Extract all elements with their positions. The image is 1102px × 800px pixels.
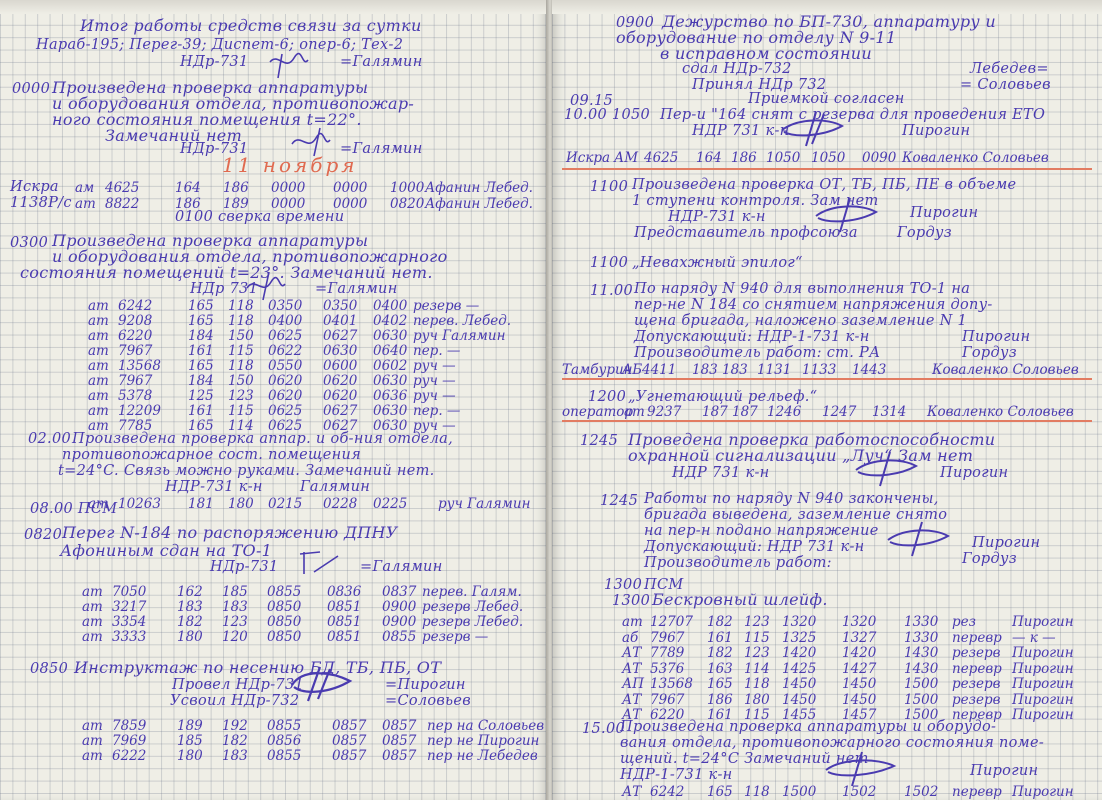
cell-note: перевр <box>952 630 1002 646</box>
entry-time: 0820 <box>24 528 62 543</box>
cell-note: руч Галямин <box>413 328 505 344</box>
entry-signature-line: НДР 731 к-н <box>692 124 790 139</box>
cell-note: резерв <box>952 676 1000 692</box>
cell-t2: 0851 <box>327 629 361 645</box>
cell-t2: 1420 <box>842 645 876 661</box>
cell-b: 118 <box>228 358 254 374</box>
cell-t3: 1330 <box>904 614 938 630</box>
cell-b: 123 <box>222 614 248 630</box>
cell-type: АТ <box>622 784 641 800</box>
cell-a: 125 <box>188 388 214 404</box>
entry-signature-line: НДР-1-731 к-н <box>620 768 733 783</box>
cell-type: ат <box>75 196 96 212</box>
cell-t1: 0350 <box>268 298 302 314</box>
entry-time: 15.00 <box>582 722 625 737</box>
cell-who: Пирогин <box>1012 784 1074 800</box>
cell-t1: 0850 <box>267 599 301 615</box>
cell-t1: 0856 <box>267 733 301 749</box>
cell-a: 185 <box>177 733 203 749</box>
cell-num: 12707 <box>650 614 693 630</box>
cell-t1: 1325 <box>782 630 816 646</box>
cell-type: ам <box>75 180 94 196</box>
cell-a: 164 <box>696 150 722 166</box>
cell-a: 165 <box>188 313 214 329</box>
cell-t1: 1050 <box>766 150 800 166</box>
entry-signer: Пирогин <box>902 124 970 139</box>
performer-label: Производитель работ: <box>644 556 832 571</box>
cell-b: 118 <box>228 313 254 329</box>
cell-t3: 1330 <box>904 630 938 646</box>
cell-num: 5376 <box>650 661 684 677</box>
cell-num: 7967 <box>118 343 152 359</box>
entry-time: 1100 <box>590 180 628 195</box>
cell-type: АТ <box>622 692 641 708</box>
divider <box>562 168 1092 170</box>
cell-t3: 0630 <box>373 403 407 419</box>
accepted-signer: =Соловьев <box>385 694 471 709</box>
cell-note: Коваленко Соловьев <box>902 150 1049 166</box>
cell-a: 181 <box>188 496 214 512</box>
cell-who: Пирогин <box>1012 707 1074 723</box>
cell-num: 7050 <box>112 584 146 600</box>
cell-note: пер не Лебедев <box>427 748 538 764</box>
cell-t1: 0550 <box>268 358 302 374</box>
signature-icon <box>852 450 932 494</box>
cell-b: 182 <box>222 733 248 749</box>
entry-time: 02.00 <box>28 432 71 447</box>
cell-t2: 0350 <box>323 298 357 314</box>
cell-t1: 1320 <box>782 614 816 630</box>
block-label: Искра <box>10 180 59 195</box>
cell-num: 6242 <box>118 298 152 314</box>
entry-line: „Угнетающий рельеф.“ <box>628 390 817 405</box>
cell-t3: 0402 <box>373 313 407 329</box>
cell-type: ат <box>88 298 109 314</box>
cell-type: ат <box>82 629 103 645</box>
entry-line: t=24°C. Связь можно руками. Замечаний не… <box>58 464 435 479</box>
cell-a: 161 <box>707 630 733 646</box>
cell-t1: 0850 <box>267 614 301 630</box>
cell-t2: 0600 <box>323 358 357 374</box>
cell-num: 6220 <box>118 328 152 344</box>
cell-b: 118 <box>744 676 770 692</box>
cell-b: 115 <box>744 630 770 646</box>
cell-t3: 0900 <box>382 599 416 615</box>
entry-time: 1300 <box>612 594 650 609</box>
cell-a: 182 <box>177 614 203 630</box>
cell-t3: 1502 <box>904 784 938 800</box>
cell-who: Пирогин <box>1012 692 1074 708</box>
cell-t2: 1133 <box>802 362 836 378</box>
cell-t1: 0855 <box>267 584 301 600</box>
cell-who: Пирогин <box>1012 676 1074 692</box>
cell-t3: 0636 <box>373 388 407 404</box>
divider <box>562 420 1092 422</box>
cell-t1: 0625 <box>268 403 302 419</box>
cell-note: перев. Лебед. <box>413 313 511 329</box>
cell-t3: 0857 <box>382 733 416 749</box>
cell-type: АП <box>622 676 644 692</box>
cell-t3: 0855 <box>382 629 416 645</box>
cell-num: 6242 <box>650 784 684 800</box>
cell-t1: 0855 <box>267 718 301 734</box>
cell-a: 180 <box>177 748 203 764</box>
cell-note: Афанин Лебед. <box>425 196 533 212</box>
cell-type: ат <box>88 358 109 374</box>
cell-t1: 1246 <box>767 404 801 420</box>
cell-b: 180 <box>228 496 254 512</box>
cell-b: 115 <box>228 403 254 419</box>
entry-time: 10.00 1050 <box>564 108 650 123</box>
cell-num: 6222 <box>112 748 146 764</box>
entry-time: 0850 <box>30 662 68 677</box>
entry-line: Произведена проверка аппар. и об-ния отд… <box>72 432 453 447</box>
cell-type: АТ <box>622 661 641 677</box>
cell-a: 162 <box>177 584 203 600</box>
cell-b: 118 <box>228 298 254 314</box>
cell-t3: 0602 <box>373 358 407 374</box>
cell-label: оператор <box>562 404 633 420</box>
cell-t2: 0000 <box>333 180 367 196</box>
cell-num: 7967 <box>118 373 152 389</box>
cell-who: Пирогин <box>1012 614 1074 630</box>
cell-a: 184 <box>188 373 214 389</box>
cell-t2: 1502 <box>842 784 876 800</box>
cell-t3: 0857 <box>382 748 416 764</box>
cell-type: ат <box>82 599 103 615</box>
cell-b: 114 <box>744 661 770 677</box>
page-top-edge <box>0 0 548 14</box>
cell-b: 183 <box>722 362 748 378</box>
cell-type: ат <box>82 748 103 764</box>
entry-time: 1200 <box>588 390 626 405</box>
cell-t1: 1450 <box>782 676 816 692</box>
cell-num: 4625 <box>644 150 678 166</box>
cell-a: 184 <box>188 328 214 344</box>
cell-t1: 0855 <box>267 748 301 764</box>
cell-b: 150 <box>228 373 254 389</box>
cell-type: аб <box>622 630 638 646</box>
logbook-right-page: 0900 Дежурство по БП-730, аппаратуру и о… <box>552 0 1102 800</box>
summary-signature-line: НДр-731 <box>180 55 248 70</box>
cell-t2: 0627 <box>323 403 357 419</box>
admitting-label: Допускающий: НДР-1-731 к-н <box>634 330 870 345</box>
entry-line: пер-не N 184 со снятием напряжения допу- <box>634 298 993 313</box>
cell-t3: 1430 <box>904 645 938 661</box>
cell-t3: 1500 <box>904 676 938 692</box>
cell-a: 165 <box>188 298 214 314</box>
cell-t2: 0620 <box>323 388 357 404</box>
sync-note: 0100 сверка времени <box>175 210 344 225</box>
cell-t2: 1450 <box>842 676 876 692</box>
cell-t1: 0850 <box>267 629 301 645</box>
cell-type: ат <box>88 403 109 419</box>
cell-num: 7789 <box>650 645 684 661</box>
admitting-signer: Пирогин <box>972 536 1040 551</box>
cell-t2: 0857 <box>332 718 366 734</box>
cell-note: пер. — <box>413 343 460 359</box>
cell-note: пер. — <box>413 403 460 419</box>
cell-note: перевр <box>952 784 1002 800</box>
entry-line: Работы по наряду N 940 закончены, <box>644 492 939 507</box>
performer-signer: Гордуз <box>962 346 1017 361</box>
entry-line: Афониным сдан на ТО-1 <box>60 543 272 559</box>
cell-b: 115 <box>228 343 254 359</box>
cell-a: 180 <box>177 629 203 645</box>
cell-num: 9208 <box>118 313 152 329</box>
cell-type: ат <box>624 404 645 420</box>
cell-type: ат <box>82 584 103 600</box>
cell-note: Коваленко Соловьев <box>927 404 1074 420</box>
cell-t3: 0630 <box>373 373 407 389</box>
entry-line: вания отдела, противопожарного состояния… <box>620 736 1044 751</box>
cell-num: 5378 <box>118 388 152 404</box>
cell-b: 123 <box>744 645 770 661</box>
cell-b: 183 <box>222 748 248 764</box>
cell-a: 182 <box>707 614 733 630</box>
cell-a: 164 <box>175 180 201 196</box>
cell-b: 186 <box>223 180 249 196</box>
cell-num: 9237 <box>647 404 681 420</box>
entry-line: на пер-н подано напряжение <box>644 524 879 539</box>
entry-line: Произведена проверка ОТ, ТБ, ПБ, ПЕ в об… <box>632 178 1016 193</box>
cell-t2: 0620 <box>323 373 357 389</box>
cell-b: 123 <box>228 388 254 404</box>
cell-a: 163 <box>707 661 733 677</box>
cell-b: 123 <box>744 614 770 630</box>
cell-t1: 1500 <box>782 784 816 800</box>
cell-a: 189 <box>177 718 203 734</box>
cell-a: 161 <box>188 403 214 419</box>
cell-a: 165 <box>188 358 214 374</box>
cell-note: пер на Соловьев <box>427 718 544 734</box>
cell-who: — к — <box>1012 630 1056 646</box>
cell-who: Пирогин <box>1012 661 1074 677</box>
cell-t1: 1425 <box>782 661 816 677</box>
cell-b: 185 <box>222 584 248 600</box>
cell-b: 187 <box>732 404 758 420</box>
entry-time: 1245 <box>580 434 618 449</box>
cell-t1: 0620 <box>268 388 302 404</box>
cell-t3: 0090 <box>862 150 896 166</box>
cell-note: перев. Галям. <box>422 584 522 600</box>
cell-t2: 1327 <box>842 630 876 646</box>
cell-t2: 0627 <box>323 328 357 344</box>
cell-type: ат <box>88 313 109 329</box>
cell-b: 192 <box>222 718 248 734</box>
cell-num: 7967 <box>650 630 684 646</box>
cell-t1: 1420 <box>782 645 816 661</box>
cell-t2: 1247 <box>822 404 856 420</box>
cell-t2: 0836 <box>327 584 361 600</box>
entry-line: состояния помещений t=23°. Замечаний нет… <box>20 265 433 281</box>
entry-time: 1100 <box>590 256 628 271</box>
cell-note: пер не Пирогин <box>427 733 539 749</box>
date-heading: 11 ноября <box>222 158 358 173</box>
entry-signer: Пирогин <box>940 466 1008 481</box>
accepted-signer: = Соловьев <box>960 78 1051 93</box>
cell-a: 165 <box>707 784 733 800</box>
cell-num: 4411 <box>642 362 676 378</box>
cell-t3: 1443 <box>852 362 886 378</box>
cell-t3: 1500 <box>904 692 938 708</box>
entry-line: „Невахжный эпилог“ <box>632 256 803 271</box>
cell-note: резерв — <box>413 298 479 314</box>
cell-type: ат <box>88 388 109 404</box>
cell-t2: 1427 <box>842 661 876 677</box>
cell-num: 3354 <box>112 614 146 630</box>
cell-type: ат <box>88 373 109 389</box>
entry-line: противопожарное сост. помещения <box>62 448 361 463</box>
cell-t1: 0625 <box>268 328 302 344</box>
cell-num: 8822 <box>105 196 139 212</box>
entry-line: Инструктаж по несению БД, ТБ, ПБ, ОТ <box>74 660 441 676</box>
cell-t2: 0857 <box>332 748 366 764</box>
cell-t3: 0225 <box>373 496 407 512</box>
cell-t1: 0400 <box>268 313 302 329</box>
cell-a: 165 <box>707 676 733 692</box>
cell-note: Афанин Лебед. <box>425 180 533 196</box>
summary-signer: =Галямин <box>340 55 423 70</box>
entry-line: Бескровный шлейф. <box>652 592 828 608</box>
entry-time: 1245 <box>600 494 638 509</box>
entry-line: По наряду N 940 для выполнения ТО-1 на <box>634 282 970 297</box>
cell-a: 182 <box>707 645 733 661</box>
cell-t2: 0401 <box>323 313 357 329</box>
entry-signature-line: НДР-731 к-н <box>165 480 263 495</box>
entry-signature-line: НДР 731 к-н <box>672 466 770 481</box>
cell-note: резерв — <box>422 629 488 645</box>
entry-line: щена бригада, наложено заземление N 1 <box>634 314 967 329</box>
cell-t1: 1450 <box>782 692 816 708</box>
union-label: Представитель профсоюза <box>634 226 858 241</box>
cell-type: ат <box>82 733 103 749</box>
cell-num: 3333 <box>112 629 146 645</box>
cell-t1: 0215 <box>268 496 302 512</box>
cell-b: 118 <box>744 784 770 800</box>
entry-note: Приемкой согласен <box>748 92 905 107</box>
entry-time: 0000 <box>12 82 50 97</box>
cell-note: Коваленко Соловьев <box>932 362 1079 378</box>
cell-note: руч — <box>413 358 456 374</box>
cell-type: АБ <box>622 362 642 378</box>
entry-time: 11.00 <box>590 284 633 299</box>
cell-b: 183 <box>222 599 248 615</box>
cell-type: ат <box>82 614 103 630</box>
cell-t2: 0228 <box>323 496 357 512</box>
cell-a: 183 <box>692 362 718 378</box>
admitting-label: Допускающий: НДР 731 к-н <box>644 540 865 555</box>
cell-a: 183 <box>177 599 203 615</box>
cell-type: ат <box>622 614 643 630</box>
cell-type: АМ <box>614 150 638 166</box>
cell-t1: 0620 <box>268 373 302 389</box>
cell-who: Пирогин <box>1012 645 1074 661</box>
cell-t3: 1314 <box>872 404 906 420</box>
cell-t2: 0851 <box>327 614 361 630</box>
entry-time: 0300 <box>10 236 48 251</box>
entry-signer: Галямин <box>300 480 370 495</box>
entry-line: в исправном состоянии <box>660 46 872 62</box>
logbook-left-page: Итог работы средств связи за сутки Нараб… <box>0 0 548 800</box>
cell-label: Искра <box>566 150 610 166</box>
summary-title: Итог работы средств связи за сутки <box>80 18 422 34</box>
conducted-signer: =Пирогин <box>385 678 466 693</box>
cell-num: 13568 <box>650 676 693 692</box>
cell-type: ат <box>88 343 109 359</box>
admitting-signer: Пирогин <box>962 330 1030 345</box>
cell-t3: 0837 <box>382 584 416 600</box>
signature-icon <box>290 665 360 709</box>
cell-b: 150 <box>228 328 254 344</box>
cell-t2: 0630 <box>323 343 357 359</box>
cell-a: 187 <box>702 404 728 420</box>
cell-note: резерв Лебед. <box>422 599 523 615</box>
cell-t2: 0851 <box>327 599 361 615</box>
cell-b: 120 <box>222 629 248 645</box>
entry-signer: =Галямин <box>315 282 398 297</box>
entry-time: 1300 <box>604 578 642 593</box>
entry-signer: Пирогин <box>970 764 1038 779</box>
cell-note: руч — <box>413 373 456 389</box>
signature-icon <box>300 548 340 582</box>
cell-t1: 0622 <box>268 343 302 359</box>
cell-note: резерв <box>952 692 1000 708</box>
cell-note: резерв <box>952 645 1000 661</box>
divider <box>562 378 1092 380</box>
entry-signer: =Галямин <box>360 560 443 575</box>
cell-t3: 0820 <box>390 196 424 212</box>
cell-b: 186 <box>731 150 757 166</box>
cell-t3: 1000 <box>390 180 424 196</box>
cell-a: 186 <box>707 692 733 708</box>
union-signer: Гордуз <box>897 226 952 241</box>
cell-t2: 1050 <box>811 150 845 166</box>
cell-num: 12209 <box>118 403 161 419</box>
cell-note: руч — <box>413 388 456 404</box>
signature-icon <box>884 520 964 564</box>
handed-label: сдал НДр-732 <box>682 62 792 77</box>
cell-t3: 1430 <box>904 661 938 677</box>
cell-t1: 1131 <box>757 362 791 378</box>
cell-type: ат <box>82 718 103 734</box>
cell-t3: 0857 <box>382 718 416 734</box>
cell-num: 3217 <box>112 599 146 615</box>
cell-num: 7967 <box>650 692 684 708</box>
cell-note: резерв Лебед. <box>422 614 523 630</box>
cell-t2: 0857 <box>332 733 366 749</box>
cell-num: 7969 <box>112 733 146 749</box>
pcm-note: 08.00 ПСМ <box>30 502 117 517</box>
accepted-label: Усвоил НДр-732 <box>170 694 299 709</box>
cell-num: 10263 <box>118 496 161 512</box>
cell-note: рез <box>952 614 976 630</box>
cell-type: ат <box>88 328 109 344</box>
cell-t3: 0900 <box>382 614 416 630</box>
cell-b: 180 <box>744 692 770 708</box>
cell-t1: 0000 <box>271 180 305 196</box>
cell-t2: 1320 <box>842 614 876 630</box>
performer-label: Производитель работ: ст. РА <box>634 346 880 361</box>
cell-note: руч Галямин <box>438 496 530 512</box>
entry-signature-line: НДР-731 к-н <box>668 210 766 225</box>
cell-t2: 1450 <box>842 692 876 708</box>
entry-line: Произведена проверка аппаратуры и оборуд… <box>620 720 996 735</box>
cell-note: перевр <box>952 661 1002 677</box>
cell-t3: 0400 <box>373 298 407 314</box>
cell-a: 161 <box>188 343 214 359</box>
block-label: 1138Р/с <box>10 196 72 211</box>
